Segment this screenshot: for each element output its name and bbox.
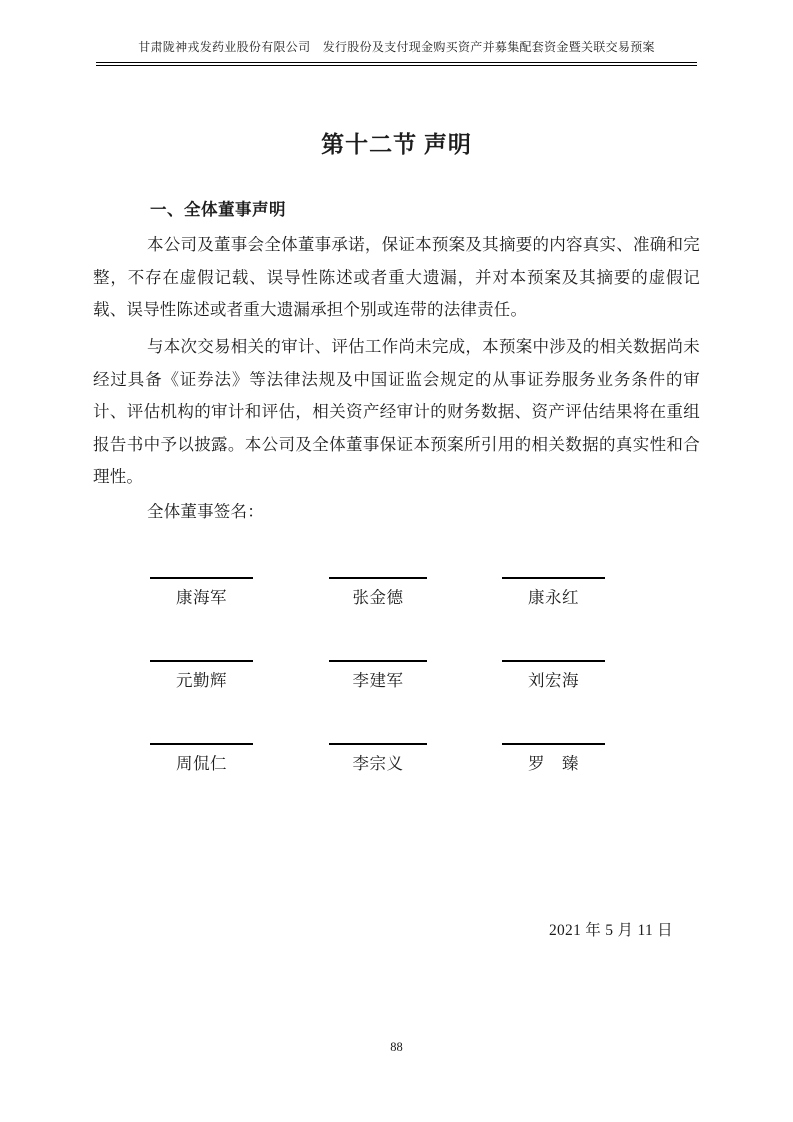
- signature-line: [150, 743, 253, 745]
- signature-cell: 张金德: [329, 577, 427, 607]
- director-name: 张金德: [329, 589, 427, 607]
- director-name: 元勤辉: [150, 672, 253, 690]
- chapter-title: 第十二节 声明: [0, 126, 793, 159]
- director-name: 康永红: [502, 589, 605, 607]
- director-name: 刘宏海: [502, 672, 605, 690]
- director-name: 周侃仁: [150, 755, 253, 773]
- declaration-paragraph-1: 本公司及董事会全体董事承诺，保证本预案及其摘要的内容真实、准确和完整，不存在虚假…: [93, 229, 700, 327]
- document-date: 2021 年 5 月 11 日: [549, 918, 673, 940]
- signature-line: [329, 743, 427, 745]
- signature-line: [150, 577, 253, 579]
- running-header: 甘肃陇神戎发药业股份有限公司 发行股份及支付现金购买资产并募集配套资金暨关联交易…: [96, 38, 697, 66]
- signature-line: [502, 577, 605, 579]
- signature-cell: 周侃仁: [150, 743, 253, 773]
- director-name: 李建军: [329, 672, 427, 690]
- document-page: 甘肃陇神戎发药业股份有限公司 发行股份及支付现金购买资产并募集配套资金暨关联交易…: [0, 0, 793, 1122]
- signature-line: [502, 743, 605, 745]
- signature-cell: 康永红: [502, 577, 605, 607]
- signature-cell: 刘宏海: [502, 660, 605, 690]
- signature-cell: 元勤辉: [150, 660, 253, 690]
- signature-line: [329, 577, 427, 579]
- signature-line: [329, 660, 427, 662]
- director-name: 罗 臻: [502, 755, 605, 773]
- page-number: 88: [0, 1040, 793, 1055]
- director-name: 李宗义: [329, 755, 427, 773]
- signature-cell: 李建军: [329, 660, 427, 690]
- signature-line: [150, 660, 253, 662]
- declaration-paragraph-2: 与本次交易相关的审计、评估工作尚未完成，本预案中涉及的相关数据尚未经过具备《证券…: [93, 331, 700, 494]
- section-heading: 一、全体董事声明: [150, 196, 286, 220]
- signature-cell: 罗 臻: [502, 743, 605, 773]
- signature-cell: 李宗义: [329, 743, 427, 773]
- signature-cell: 康海军: [150, 577, 253, 607]
- director-name: 康海军: [150, 589, 253, 607]
- signature-line: [502, 660, 605, 662]
- signature-label: 全体董事签名：: [93, 496, 700, 529]
